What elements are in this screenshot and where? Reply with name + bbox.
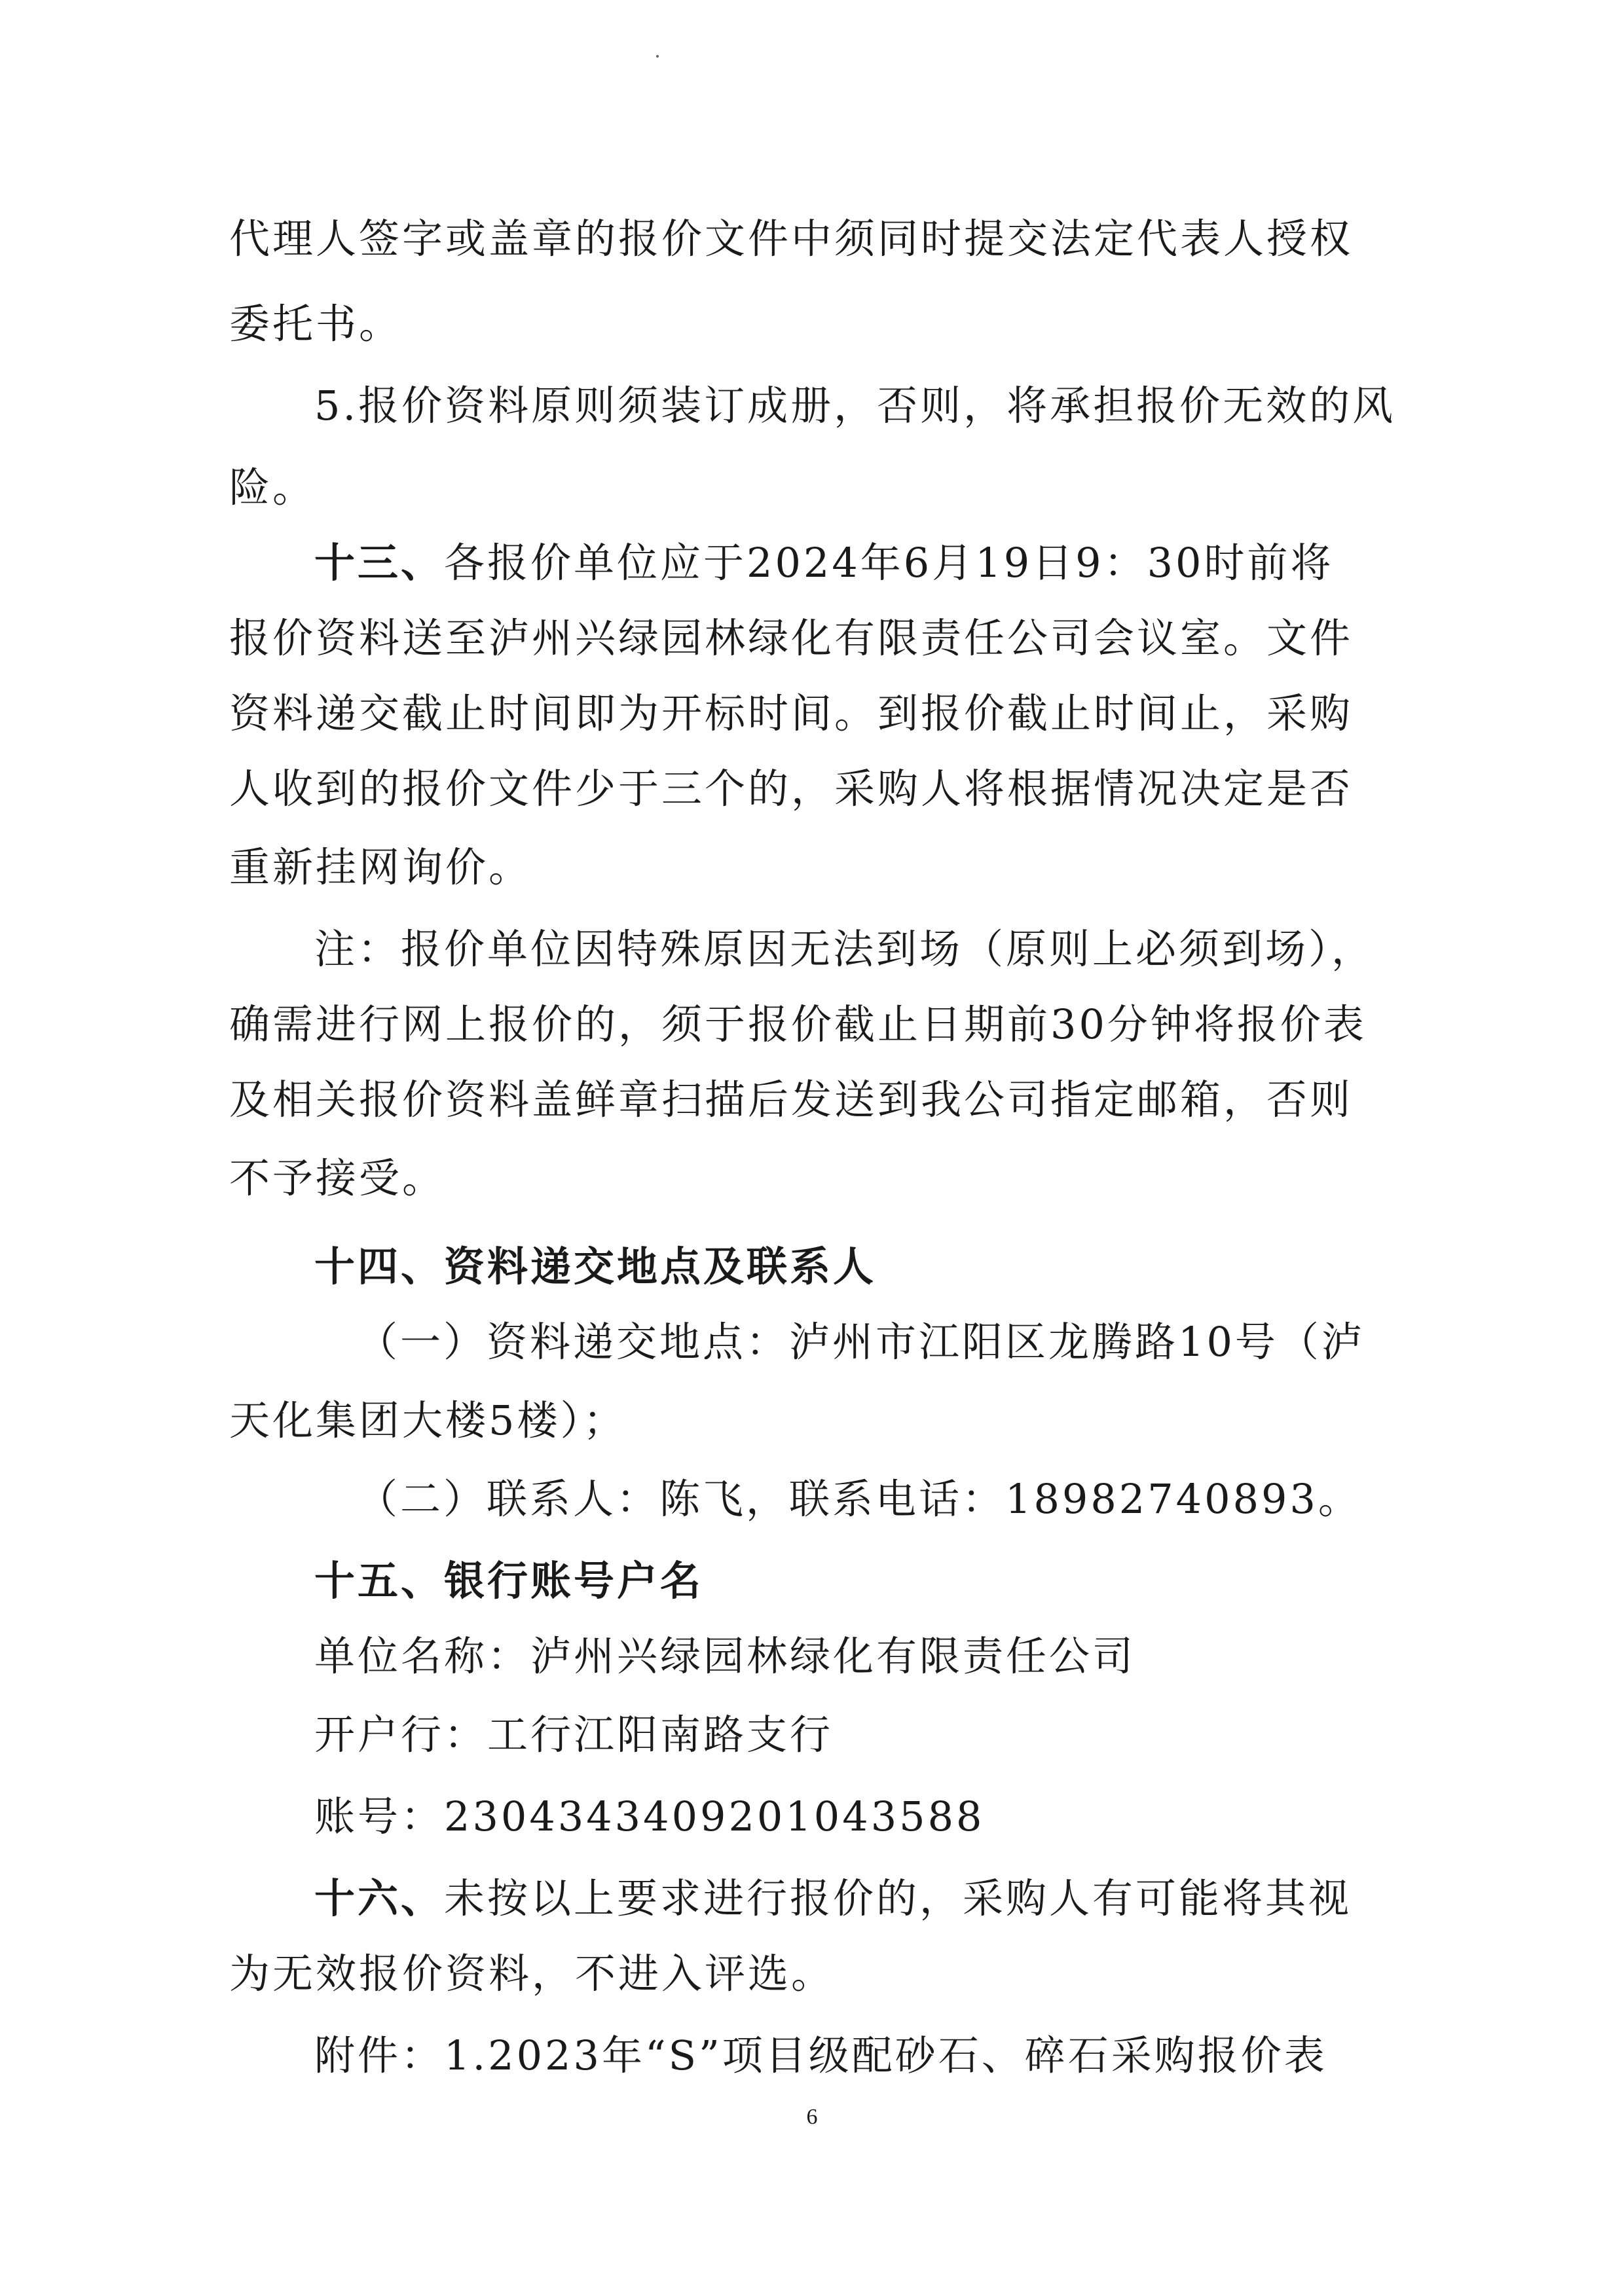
paragraph-line: 确需进行网上报价的，须于报价截止日期前30分钟将报价表 (229, 998, 1367, 1051)
paragraph-line: 未按以上要求进行报价的，采购人有可能将其视 (444, 1874, 1352, 1922)
paragraph-line: 险。 (229, 462, 316, 514)
paragraph-line: 注：报价单位因特殊原因无法到场（原则上必须到场）， (314, 923, 1375, 975)
section-heading-15: 十五、银行账号户名 (314, 1555, 703, 1607)
paragraph-line: 代理人签字或盖章的报价文件中须同时提交法定代表人授权 (229, 213, 1353, 265)
page-number: 6 (0, 2105, 1624, 2130)
scan-speck (656, 55, 659, 58)
section-heading: 十三、 (314, 539, 444, 587)
section-heading: 十六、 (314, 1874, 444, 1922)
paragraph-line: 及相关报价资料盖鲜章扫描后发送到我公司指定邮箱，否则 (229, 1074, 1353, 1126)
paragraph-line: 不予接受。 (229, 1152, 445, 1205)
section-16: 十六、未按以上要求进行报价的，采购人有可能将其视 (314, 1872, 1352, 1925)
paragraph-line: 为无效报价资料，不进入评选。 (229, 1948, 834, 2000)
contact-line: （二）联系人：陈飞，联系电话：18982740893。 (357, 1473, 1361, 1525)
paragraph-line: 报价资料送至泸州兴绿园林绿化有限责任公司会议室。文件 (229, 612, 1353, 665)
bank-line: 开户行：工行江阳南路支行 (314, 1709, 833, 1761)
paragraph-line: 人收到的报价文件少于三个的，采购人将根据情况决定是否 (229, 763, 1353, 815)
unit-name-line: 单位名称：泸州兴绿园林绿化有限责任公司 (314, 1630, 1135, 1683)
paragraph-line: 5.报价资料原则须装订成册，否则，将承担报价无效的风 (314, 380, 1395, 432)
paragraph-line: 天化集团大楼5楼）； (229, 1394, 626, 1447)
paragraph-line: 各报价单位应于2024年6月19日9：30时前将 (444, 539, 1333, 587)
section-13: 十三、各报价单位应于2024年6月19日9：30时前将 (314, 537, 1333, 589)
section-heading-14: 十四、资料递交地点及联系人 (314, 1241, 876, 1293)
attachment-line: 附件：1.2023年“S”项目级配砂石、碎石采购报价表 (314, 2030, 1327, 2082)
paragraph-line: 委托书。 (229, 298, 402, 350)
account-line: 账号：2304343409201043588 (314, 1791, 984, 1843)
paragraph-line: 资料递交截止时间即为开标时间。到报价截止时间止，采购 (229, 687, 1353, 740)
paragraph-line: （一）资料递交地点：泸州市江阳区龙腾路10号（泸 (357, 1316, 1365, 1368)
paragraph-line: 重新挂网询价。 (229, 841, 532, 894)
